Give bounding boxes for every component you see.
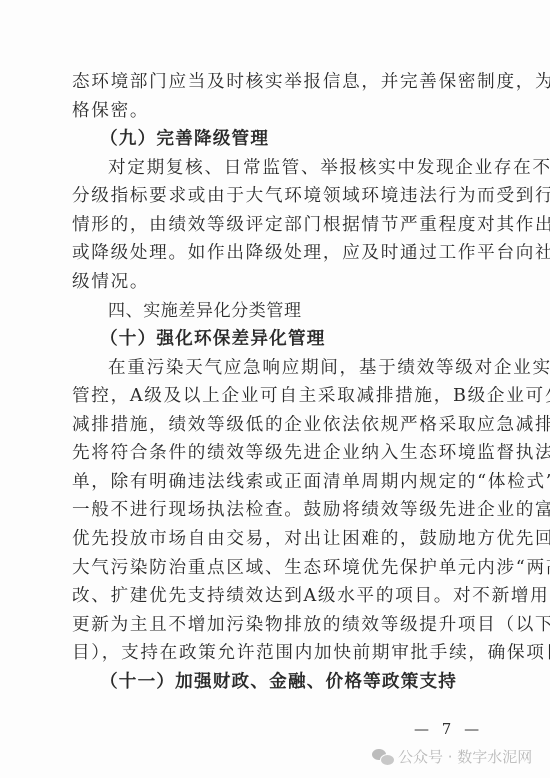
paragraph-line: 大气污染防治重点区域、生态环境优先保护单元内涉“两高”的新、 xyxy=(72,554,482,583)
paragraph-line: 先将符合条件的绩效等级先进企业纳入生态环境监督执法正面清 xyxy=(72,439,482,468)
watermark-text: 公众号 · 数字水泥网 xyxy=(398,746,532,767)
paragraph-line: 情形的，由绩效等级评定部门根据情节严重程度对其作出限期整改 xyxy=(72,211,482,240)
paragraph-line: 级情况。 xyxy=(72,268,482,297)
paragraph-line: 态环境部门应当及时核实举报信息，并完善保密制度，为举报人严 xyxy=(72,68,482,97)
wechat-icon xyxy=(372,749,394,765)
paragraph-line: 管控，A级及以上企业可自主采取减排措施，B级企业可少采取应急 xyxy=(72,382,482,411)
section-heading-10: （十）强化环保差异化管理 xyxy=(72,325,482,354)
document-page: 态环境部门应当及时核实举报信息，并完善保密制度，为举报人严 格保密。 （九）完善… xyxy=(0,0,550,778)
paragraph-line: 分级指标要求或由于大气环境领域环境违法行为而受到行政处罚等 xyxy=(72,182,482,211)
paragraph-line: 减排措施，绩效等级低的企业依法依规严格采取应急减排措施。优 xyxy=(72,411,482,440)
paragraph-line: 对定期复核、日常监管、举报核实中发现企业存在不符合绩效 xyxy=(72,154,482,183)
paragraph-line: 改、扩建优先支持绩效达到A级水平的项目。对不新增用地、以设备 xyxy=(72,582,482,611)
paragraph-line: 或降级处理。如作出降级处理，应及时通过工作平台向社会公开降 xyxy=(72,239,482,268)
paragraph-line: 一般不进行现场执法检查。鼓励将绩效等级先进企业的富余排污权 xyxy=(72,496,482,525)
section-heading-11: （十一）加强财政、金融、价格等政策支持 xyxy=(72,668,482,697)
paragraph-line: 目），支持在政策允许范围内加快前期审批手续，确保项目快速落地。 xyxy=(72,639,482,668)
chapter-heading-4: 四、实施差异化分类管理 xyxy=(72,297,482,326)
paragraph-line: 优先投放市场自由交易，对出让困难的，鼓励地方优先回购收储。 xyxy=(72,525,482,554)
section-heading-9: （九）完善降级管理 xyxy=(72,125,482,154)
paragraph-line: 单，除有明确违法线索或正面清单周期内规定的“体检式”帮扶外， xyxy=(72,468,482,497)
document-body: 态环境部门应当及时核实举报信息，并完善保密制度，为举报人严 格保密。 （九）完善… xyxy=(72,68,482,696)
paragraph-line: 更新为主且不增加污染物排放的绩效等级提升项目（以下简称提升项 xyxy=(72,611,482,640)
watermark: 公众号 · 数字水泥网 xyxy=(372,746,532,767)
paragraph-line: 格保密。 xyxy=(72,97,482,126)
page-number: — 7 — xyxy=(414,720,483,738)
paragraph-line: 在重污染天气应急响应期间，基于绩效等级对企业实施差异化 xyxy=(72,354,482,383)
